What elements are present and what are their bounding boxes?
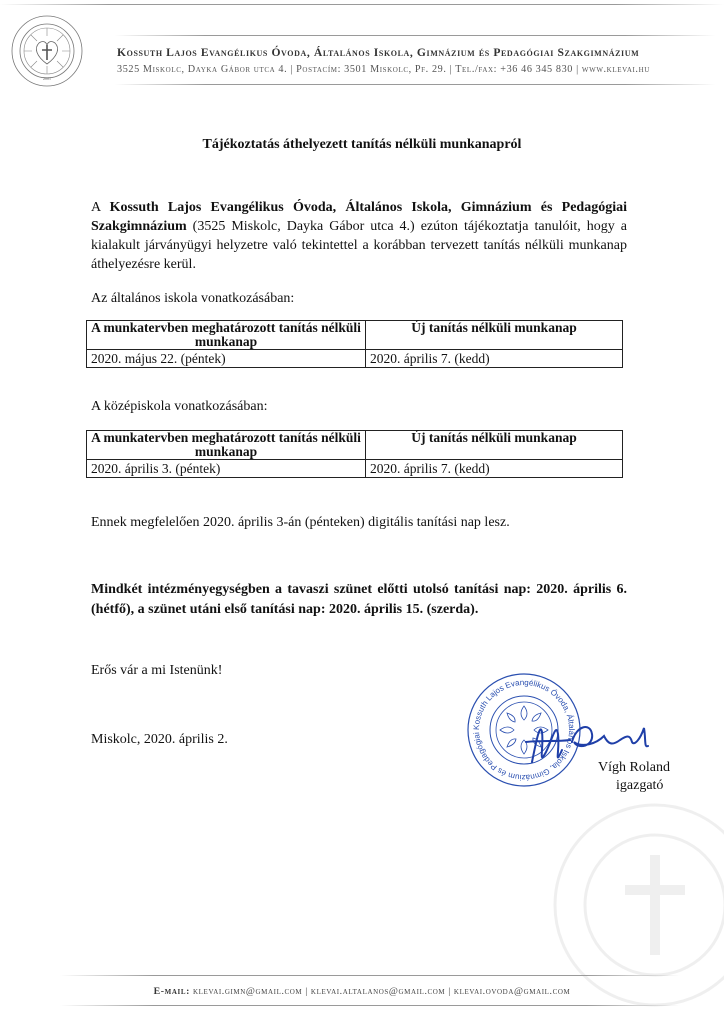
table-primary: A munkatervben meghatározott tanítás nél…	[86, 320, 623, 368]
document-title: Tájékoztatás áthelyezett tanítás nélküli…	[0, 137, 724, 153]
section-label-primary: Az általános iskola vonatkozásában:	[91, 291, 294, 307]
intro-paragraph: A Kossuth Lajos Evangélikus Óvoda, Által…	[91, 198, 627, 274]
footer-rule-bottom	[60, 1005, 680, 1006]
footer-contacts: E-mail: klevai.gimn@gmail.com | klevai.a…	[0, 986, 724, 997]
svg-text:2001: 2001	[43, 76, 51, 81]
table-secondary: A munkatervben meghatározott tanítás nél…	[86, 430, 623, 478]
top-rule	[0, 4, 724, 5]
signer-name: Vígh Roland	[598, 760, 670, 776]
intro-prefix: A	[91, 200, 110, 215]
luther-rose-seal-icon: 2001	[10, 14, 84, 88]
table-row: 2020. április 3. (péntek) 2020. április …	[87, 460, 623, 478]
cell-original-day: 2020. április 3. (péntek)	[87, 460, 366, 478]
header-rule-bottom	[115, 84, 715, 85]
institution-address: 3525 Miskolc, Dayka Gábor utca 4. | Post…	[117, 64, 650, 75]
place-date: Miskolc, 2020. április 2.	[91, 732, 228, 748]
institution-name: Kossuth Lajos Evangélikus Óvoda, Általán…	[117, 46, 639, 59]
header-new-day: Új tanítás nélküli munkanap	[366, 321, 623, 350]
cell-new-day: 2020. április 7. (kedd)	[366, 350, 623, 368]
header-rule-top	[115, 35, 715, 36]
motto: Erős vár a mi Istenünk!	[91, 663, 222, 679]
footer-rule-top	[60, 975, 680, 976]
footer-email-label: E-mail:	[154, 986, 190, 997]
cell-original-day: 2020. május 22. (péntek)	[87, 350, 366, 368]
holiday-note: Mindkét intézményegységben a tavaszi szü…	[91, 580, 627, 620]
seal-watermark-icon	[545, 795, 724, 1015]
header-original-day: A munkatervben meghatározott tanítás nél…	[87, 431, 366, 460]
section-label-secondary: A középiskola vonatkozásában:	[91, 399, 268, 415]
table-row: 2020. május 22. (péntek) 2020. április 7…	[87, 350, 623, 368]
digital-day-note: Ennek megfelelően 2020. április 3-án (pé…	[91, 515, 510, 531]
signer-role: igazgató	[616, 778, 663, 794]
header-new-day: Új tanítás nélküli munkanap	[366, 431, 623, 460]
footer-emails: klevai.gimn@gmail.com | klevai.altalanos…	[193, 986, 570, 997]
cell-new-day: 2020. április 7. (kedd)	[366, 460, 623, 478]
table-header-row: A munkatervben meghatározott tanítás nél…	[87, 321, 623, 350]
table-header-row: A munkatervben meghatározott tanítás nél…	[87, 431, 623, 460]
header-original-day: A munkatervben meghatározott tanítás nél…	[87, 321, 366, 350]
